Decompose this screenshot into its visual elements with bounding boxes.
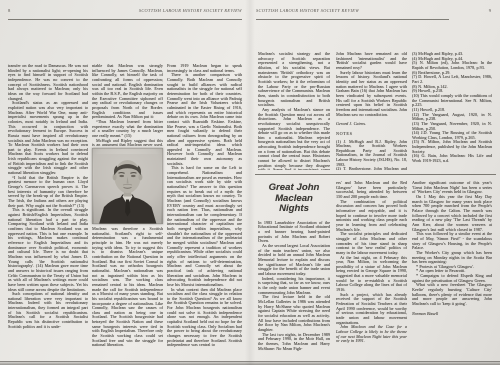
page-number-left: 8 — [8, 8, 10, 13]
paragraph: Any analysis of Maclean's stance on the … — [258, 108, 330, 170]
article2-col3-paragraphs: Another significant outcome of this year… — [412, 181, 492, 307]
paragraph: (15) N. Milton, John Maclean and Scottis… — [412, 140, 492, 154]
paragraph: “Thus Maclean learned from bitter experi… — [92, 120, 163, 139]
section-divider-rule — [255, 174, 496, 175]
paragraph: As the second largest Local Association … — [258, 244, 330, 277]
left-page-column-2-above-photo: niable that Maclean was strongly influen… — [92, 64, 163, 146]
paragraph: The combination of political discussion … — [336, 200, 407, 233]
left-page-column-1: transfer on the road to Damascus. He was… — [8, 64, 88, 360]
journal-spread-scan: 8 SCOTTISH LABOUR HISTORY SOCIETY REVIEW… — [0, 0, 500, 365]
paragraph: In 1983 Lanarkshire Association of the E… — [258, 221, 330, 244]
header-rule-left — [8, 19, 242, 20]
paragraph: Scotland's status as an oppressed and ex… — [8, 101, 88, 176]
article2-col1-paragraphs: In 1983 Lanarkshire Association of the E… — [258, 221, 330, 351]
author-signature-2: Norman Bissell — [412, 312, 492, 317]
paragraph: In what context then did Maclean place s… — [167, 288, 242, 349]
paragraph: (1) J. McHugh and B.J. Ripley, John Macl… — [336, 140, 407, 168]
paragraph: Surely labour historians must learn the … — [336, 71, 407, 118]
paragraph: Indeed, considering his importance, it i… — [258, 277, 330, 296]
john-maclean-portrait-photo — [92, 148, 163, 224]
paragraph: What with a new freesheet 'The Glasgow K… — [412, 283, 492, 306]
left-page-column-2-below-photo: Maclean was therefore a Scottish nationa… — [92, 227, 163, 360]
paragraph: Another significant outcome of this year… — [412, 181, 492, 195]
paragraph: This was followed by a similar event at … — [412, 232, 492, 251]
paragraph: Maclean's socialist strategy and the adv… — [258, 52, 330, 108]
article2-title: Great John Maclean Nights — [259, 183, 329, 215]
portrait-photo-graphic — [92, 148, 163, 224]
paragraph: On 1 May this year the first May Day mar… — [412, 195, 492, 232]
author-signature: Gerard J. Cairns. — [336, 122, 407, 127]
left-page-column-3: From 1919 Maclean began to speak increas… — [167, 64, 242, 360]
paragraph: The first lecture held in the old McLell… — [258, 295, 330, 332]
paragraph: Such a project, which has already receiv… — [336, 293, 407, 326]
right-page-article-end-column-2: John Maclean have remained an old fashio… — [336, 52, 407, 170]
paragraph: John Maclean have remained an old fashio… — [336, 52, 407, 71]
article2-column-3: Another significant outcome of this year… — [412, 181, 492, 361]
page-left: 8 SCOTTISH LABOUR HISTORY SOCIETY REVIEW… — [0, 0, 250, 365]
paragraph: (16) G. Bain, John Maclean: His Life and… — [412, 154, 492, 163]
article2-column-2: ers' and 'John Maclean and the Red Glasg… — [336, 181, 407, 361]
running-title-left: SCOTTISH LABOUR HISTORY SOCIETY REVIEW — [139, 8, 242, 13]
paragraph: There is another comparison with Connoll… — [167, 73, 242, 166]
paragraph: “I hold that the British Empire is the g… — [8, 176, 88, 209]
page-right: SCOTTISH LABOUR HISTORY SOCIETY REVIEW 9… — [250, 0, 500, 365]
right-page-article-end-column-1: Maclean's socialist strategy and the adv… — [258, 52, 330, 170]
article-end-paragraphs: John Maclean have remained an old fashio… — [336, 52, 407, 117]
paragraph: This is significant. In the overall stru… — [8, 208, 88, 292]
paragraph: John Maclean and the Case for a Labour C… — [336, 325, 407, 344]
paragraph: The last two nights, in December 1989 an… — [258, 333, 330, 352]
paragraph: The socialist principles and dedicated s… — [336, 232, 407, 255]
article2-col2-paragraphs: ers' and 'John Maclean and the Red Glasg… — [336, 181, 407, 344]
scan-bottom-shadow — [0, 361, 500, 365]
paragraph: Maclean was therefore a Scottish nationa… — [92, 227, 163, 348]
paragraph: McHugh and Ripley suggest that this is a… — [92, 139, 163, 147]
paragraph: ers' and 'John Maclean and the Red Glasg… — [336, 181, 407, 200]
paragraph: (10) This would comply with the conditio… — [412, 94, 492, 108]
right-page-notes-column-3: (3) McHugh and Ripley, p.43.(4) McHugh a… — [412, 52, 492, 170]
paragraph: transfer on the road to Damascus. He was… — [8, 64, 88, 101]
paragraph: The Worker's City group which has been m… — [412, 251, 492, 265]
paragraph: At the last night, on 4 February this ye… — [336, 256, 407, 293]
page-gutter-shadow — [245, 0, 255, 365]
running-title-right: SCOTTISH LABOUR HISTORY SOCIETY REVIEW — [256, 8, 359, 13]
header-rule-right — [256, 19, 449, 20]
page-number-right: 9 — [489, 8, 491, 13]
article2-column-1: Great John Maclean Nights In 1983 Lanark… — [258, 181, 330, 361]
notes-list-part1: (1) J. McHugh and B.J. Ripley, John Macl… — [336, 140, 407, 171]
paragraph: This is hard for some on the Left to com… — [167, 166, 242, 287]
paragraph: niable that Maclean was strongly influen… — [92, 64, 163, 120]
paragraph: Such conceptions of national identity an… — [8, 292, 88, 329]
paragraph: (2) T. Brotherstone, John Maclean and th… — [336, 167, 407, 170]
notes-heading: NOTES — [336, 132, 407, 137]
